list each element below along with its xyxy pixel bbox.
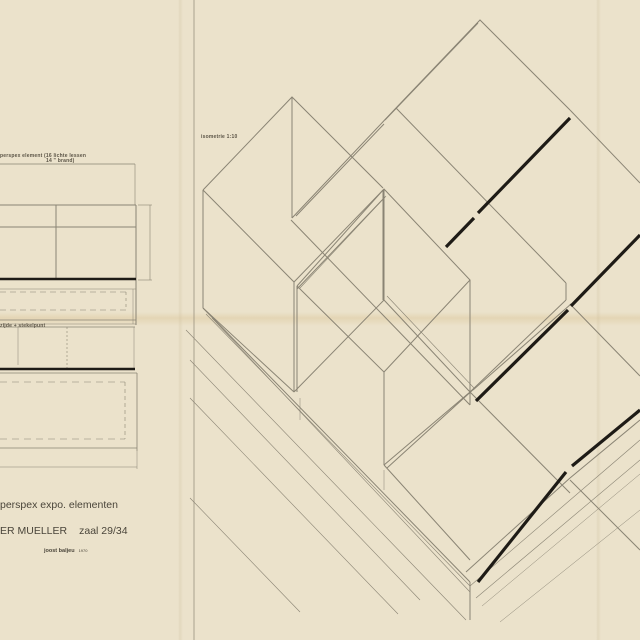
heavy-edges — [446, 118, 640, 582]
architectural-drawing — [0, 0, 640, 640]
element-label-sub: 14 " brand) — [46, 158, 74, 164]
drawing-title: perspex expo. elementen — [0, 499, 118, 511]
museum-name: ER MUELLER — [0, 525, 67, 537]
drawing-subtitle: ER MUELLERzaal 29/34 — [0, 525, 128, 537]
author-name: joost baljeu — [44, 548, 75, 554]
isometric-label: isometrie 1:10 — [201, 134, 237, 140]
isometric-view — [186, 20, 640, 622]
room-number: zaal 29/34 — [79, 525, 127, 537]
side-label: zijde + stekelpunt — [0, 323, 45, 329]
author-year: 1970 — [79, 548, 88, 553]
front-elevation — [0, 164, 152, 325]
plan-view — [0, 327, 137, 469]
author-signature: joost baljeu1970 — [44, 548, 87, 554]
